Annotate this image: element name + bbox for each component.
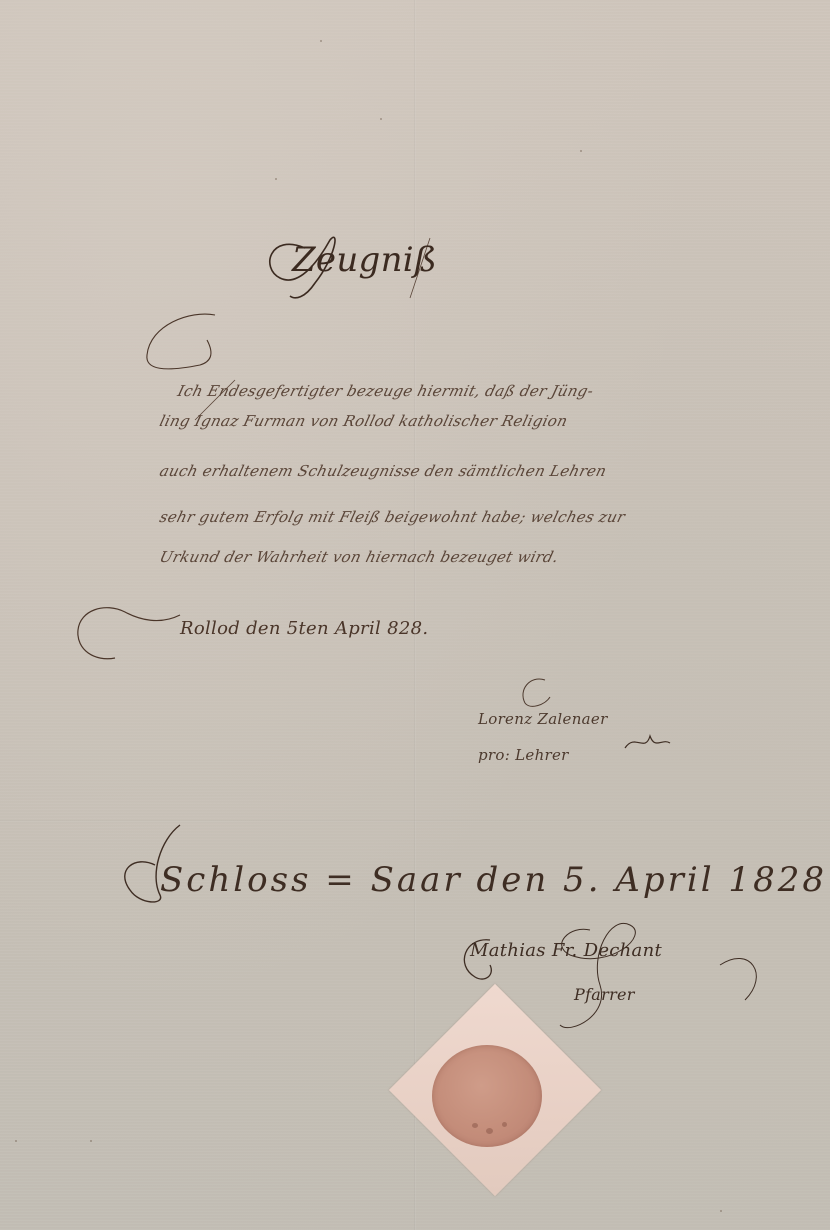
body-line-5: Urkund der Wahrheit von hiernach bezeuge… xyxy=(158,548,561,566)
seal-mark xyxy=(502,1122,507,1127)
paper-speck xyxy=(15,1140,17,1142)
paper-speck xyxy=(275,178,277,180)
paper-speck xyxy=(90,1140,92,1142)
body-line-2: ling Ignaz Furman von Rollod katholische… xyxy=(158,412,570,430)
castle-date: Schloss = Saar den 5. April 1828 xyxy=(160,860,827,900)
paper-speck xyxy=(580,150,582,152)
place-date: Rollod den 5ten April 828. xyxy=(180,618,428,639)
paper-speck xyxy=(380,118,382,120)
paper-speck xyxy=(320,40,322,42)
document-title: Zeugniß xyxy=(292,240,437,280)
signature-1-line-2: pro: Lehrer xyxy=(478,746,569,764)
seal-mark xyxy=(472,1123,478,1128)
body-line-4: sehr gutem Erfolg mit Fleiß beigewohnt h… xyxy=(158,508,627,526)
seal-mark xyxy=(486,1128,493,1134)
body-line-1: Ich Endesgefertigter bezeuge hiermit, da… xyxy=(176,382,596,400)
signature-1-line-1: Lorenz Zalenaer xyxy=(478,710,608,728)
signature-2-line-1: Mathias Fr. Dechant xyxy=(470,940,662,961)
paper-speck xyxy=(720,1210,722,1212)
signature-1-paraph-icon xyxy=(620,728,680,758)
signature-2-line-2: Pfarrer xyxy=(574,985,635,1004)
body-line-3: auch erhaltenem Schulzeugnisse den sämtl… xyxy=(158,462,609,480)
document-page: Zeugniß Ich Endesgefertigter bezeuge hie… xyxy=(0,0,830,1230)
vertical-fold-line xyxy=(414,0,416,1230)
